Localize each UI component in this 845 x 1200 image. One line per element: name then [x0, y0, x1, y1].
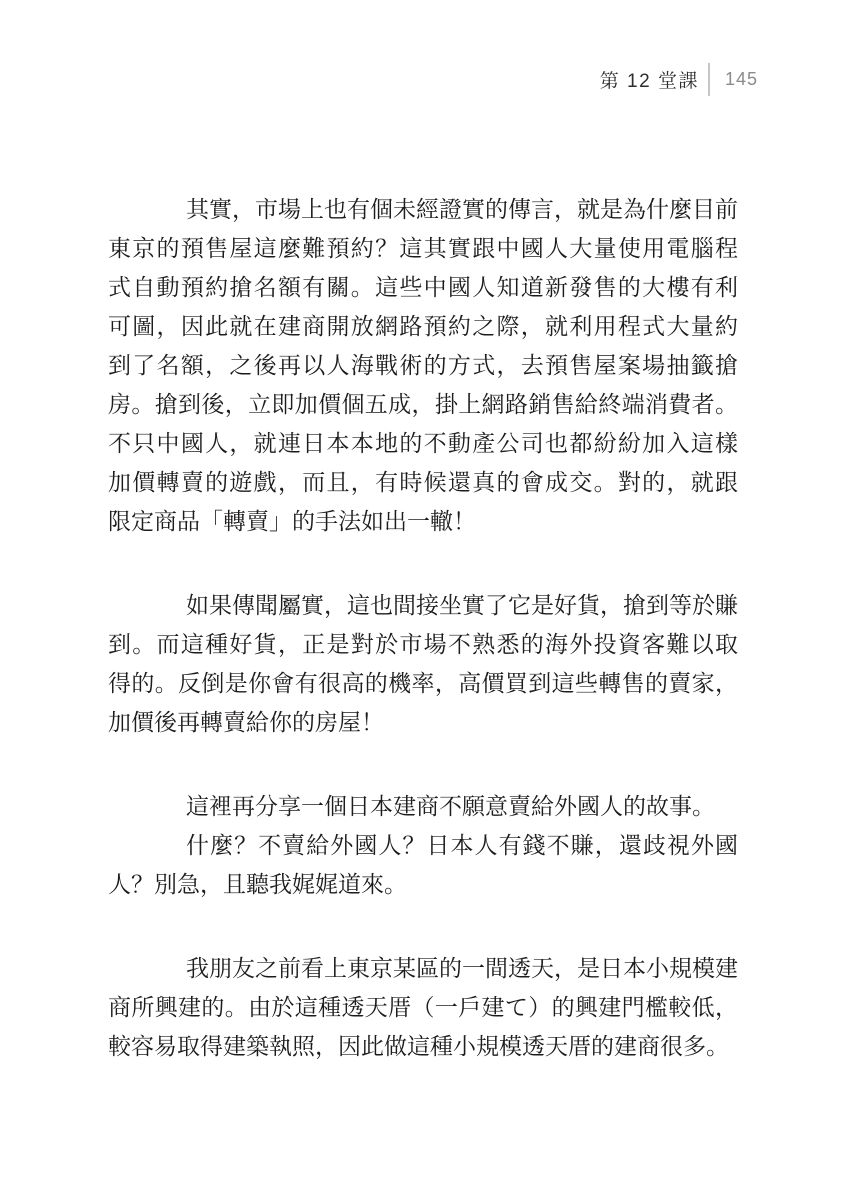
text-line: 加價轉賣的遊戲，而且，有時候還真的會成交。對的，就跟 — [108, 463, 738, 502]
paragraph: 如果傳聞屬實，這也間接坐實了它是好貨，搶到等於賺到。而這種好貨，正是對於市場不熟… — [108, 586, 738, 742]
paragraph: 其實，市場上也有個未經證實的傳言，就是為什麼目前東京的預售屋這麼難預約？這其實跟… — [108, 190, 738, 541]
text-line: 商所興建的。由於這種透天厝（一戶建て）的興建門檻較低， — [108, 988, 738, 1027]
text-line: 到。而這種好貨，正是對於市場不熟悉的海外投資客難以取 — [108, 625, 738, 664]
text-line: 得的。反倒是你會有很高的機率，高價買到這些轉售的賣家， — [108, 664, 738, 703]
text-line: 東京的預售屋這麼難預約？這其實跟中國人大量使用電腦程 — [108, 229, 738, 268]
text-line: 可圖，因此就在建商開放網路預約之際，就利用程式大量約 — [108, 307, 738, 346]
header-divider — [708, 63, 710, 96]
text-line: 這裡再分享一個日本建商不願意賣給外國人的故事。 — [108, 787, 738, 826]
text-line: 不只中國人，就連日本本地的不動產公司也都紛紛加入這樣 — [108, 424, 738, 463]
text-line: 如果傳聞屬實，這也間接坐實了它是好貨，搶到等於賺 — [108, 586, 738, 625]
text-line: 加價後再轉賣給你的房屋！ — [108, 703, 738, 742]
text-line: 限定商品「轉賣」的手法如出一轍！ — [108, 502, 738, 541]
text-line: 到了名額，之後再以人海戰術的方式，去預售屋案場抽籤搶 — [108, 346, 738, 385]
text-line: 其實，市場上也有個未經證實的傳言，就是為什麼目前 — [108, 190, 738, 229]
text-line: 什麼？不賣給外國人？日本人有錢不賺，還歧視外國 — [108, 826, 738, 865]
text-line: 較容易取得建築執照，因此做這種小規模透天厝的建商很多。 — [108, 1027, 738, 1066]
text-line: 我朋友之前看上東京某區的一間透天，是日本小規模建 — [108, 949, 738, 988]
text-line: 人？別急，且聽我娓娓道來。 — [108, 865, 738, 904]
book-page: 第 12 堂課 145 其實，市場上也有個未經證實的傳言，就是為什麼目前東京的預… — [0, 0, 845, 1200]
page-header: 第 12 堂課 145 — [600, 60, 758, 98]
chapter-label: 第 12 堂課 — [600, 66, 699, 93]
text-line: 式自動預約搶名額有關。這些中國人知道新發售的大樓有利 — [108, 268, 738, 307]
page-number: 145 — [725, 69, 758, 90]
paragraph: 什麼？不賣給外國人？日本人有錢不賺，還歧視外國人？別急，且聽我娓娓道來。 — [108, 826, 738, 904]
body-text: 其實，市場上也有個未經證實的傳言，就是為什麼目前東京的預售屋這麼難預約？這其實跟… — [108, 190, 738, 1066]
paragraph: 我朋友之前看上東京某區的一間透天，是日本小規模建商所興建的。由於這種透天厝（一戶… — [108, 949, 738, 1066]
text-line: 房。搶到後，立即加價個五成，掛上網路銷售給終端消費者。 — [108, 385, 738, 424]
paragraph: 這裡再分享一個日本建商不願意賣給外國人的故事。 — [108, 787, 738, 826]
